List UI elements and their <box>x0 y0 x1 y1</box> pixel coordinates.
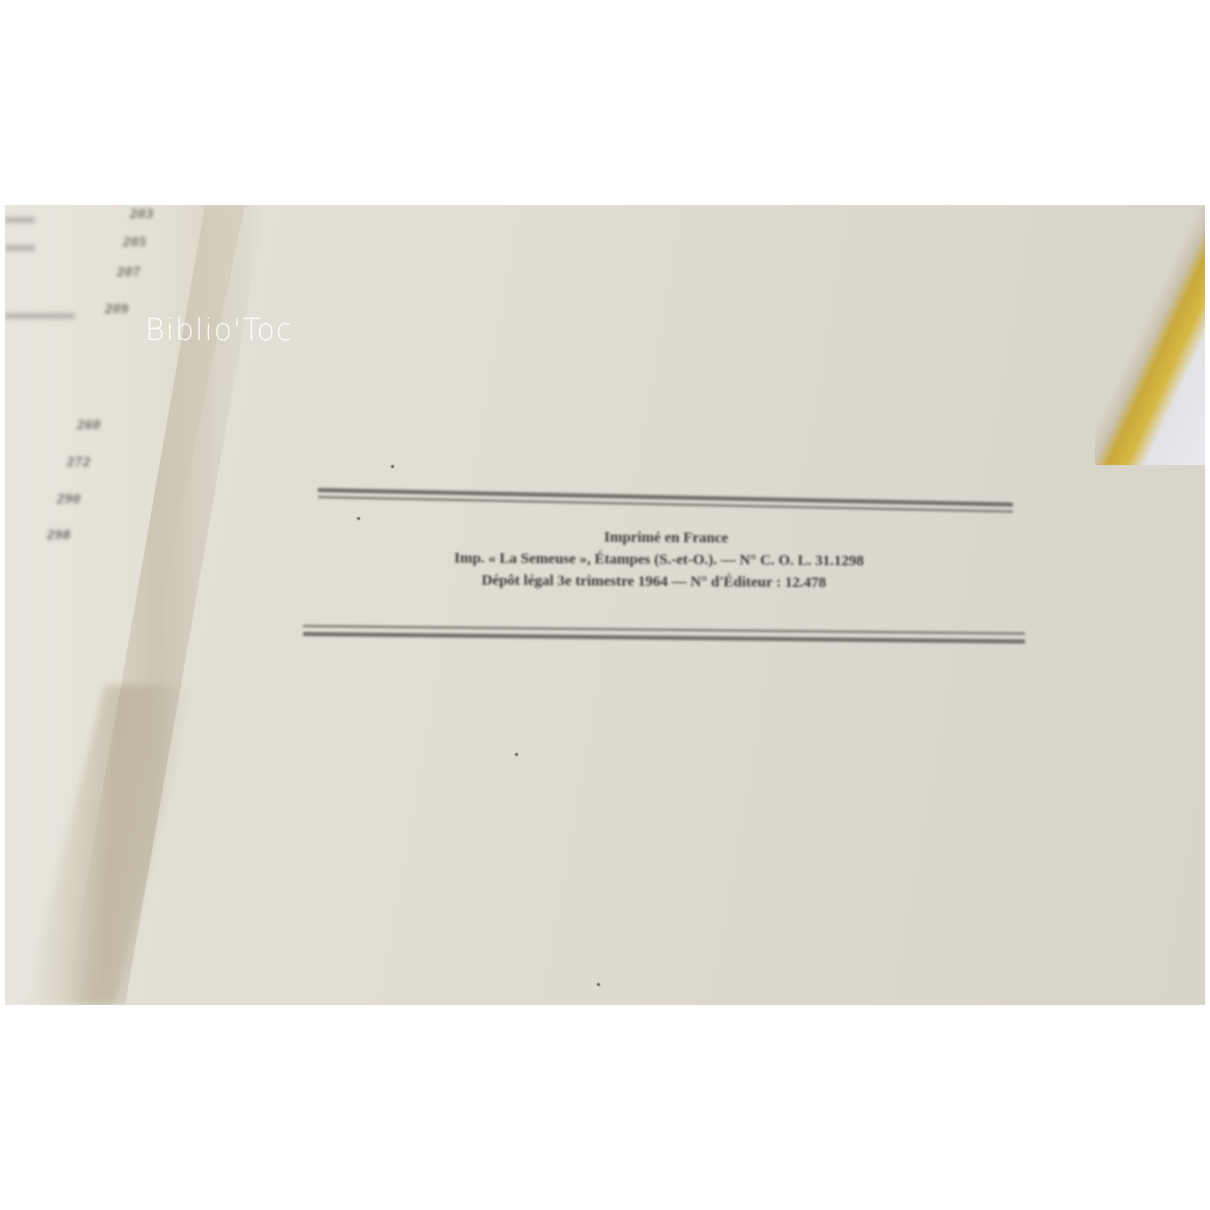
toc-leader <box>5 245 35 251</box>
ink-speck <box>391 465 394 468</box>
ink-speck <box>597 983 600 986</box>
colophon-line-legal: Dépôt légal 3e trimestre 1964 — N° d'Édi… <box>277 568 1031 595</box>
ink-speck <box>357 517 360 520</box>
page-number: 205 <box>123 235 147 251</box>
page-number: 260 <box>77 418 101 434</box>
toc-leader <box>5 313 75 319</box>
watermark-logo: Biblio'Toc <box>145 313 293 348</box>
page-number: 209 <box>105 302 129 318</box>
page-number: 290 <box>57 492 81 508</box>
yellow-cover-edge <box>1095 205 1205 465</box>
colophon: Imprimé en France Imp. « La Semeuse », É… <box>301 524 1031 595</box>
page-number: 272 <box>67 455 91 471</box>
book-photo: 203 205 207 209 260 272 290 298 Biblio'T… <box>5 205 1205 1005</box>
ink-speck <box>515 753 518 756</box>
toc-leader <box>5 217 35 223</box>
page-number: 207 <box>117 265 141 281</box>
page-number: 203 <box>130 207 154 223</box>
page-number: 298 <box>47 528 71 544</box>
bottom-rule <box>303 632 1025 644</box>
